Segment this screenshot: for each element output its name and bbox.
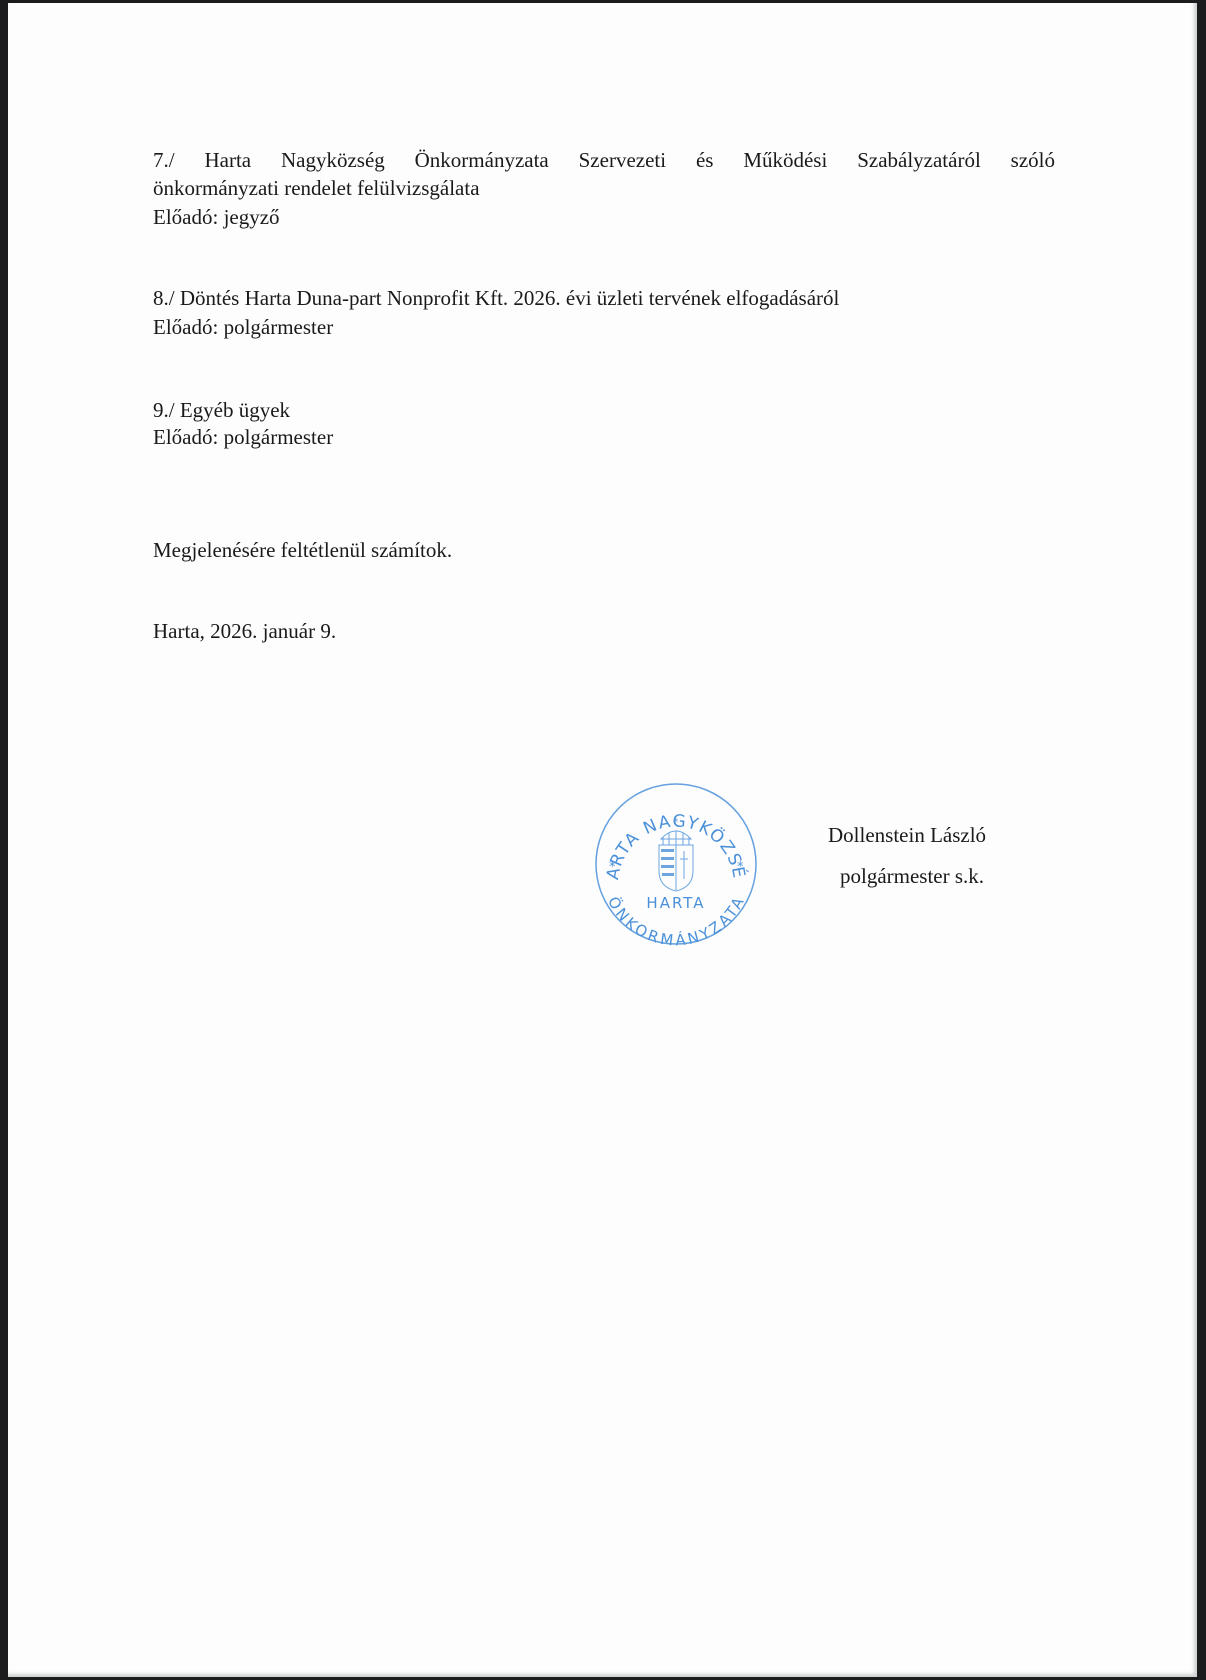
- signatory-name: Dollenstein László: [828, 821, 986, 849]
- agenda-item-9-line1: 9./ Egyéb ügyek: [153, 396, 290, 424]
- agenda-item-7-line2: önkormányzati rendelet felülvizsgálata: [153, 174, 480, 202]
- signatory-title: polgármester s.k.: [840, 862, 984, 890]
- stamp-star-left-icon: *: [609, 860, 616, 875]
- official-stamp: HARTA NAGYKÖZSÉG ÖNKORMÁNYZATA * * HARTA…: [591, 779, 761, 949]
- place-date: Harta, 2026. január 9.: [153, 617, 336, 645]
- agenda-item-8-presenter: Előadó: polgármester: [153, 313, 333, 341]
- stamp-center-text: HARTA: [646, 894, 705, 912]
- closing-sentence: Megjelenésére feltétlenül számítok.: [153, 536, 452, 564]
- stamp-star-right-icon: *: [737, 860, 744, 875]
- agenda-item-7-line1: 7./ Harta Nagyközség Önkormányzata Szerv…: [153, 146, 1055, 174]
- agenda-item-9-presenter: Előadó: polgármester: [153, 423, 333, 451]
- agenda-item-8-line1: 8./ Döntés Harta Duna-part Nonprofit Kft…: [153, 284, 839, 312]
- agenda-item-7-presenter: Előadó: jegyző: [153, 203, 280, 231]
- svg-text:*: *: [674, 817, 679, 828]
- document-page: 7./ Harta Nagyközség Önkormányzata Szerv…: [8, 3, 1197, 1677]
